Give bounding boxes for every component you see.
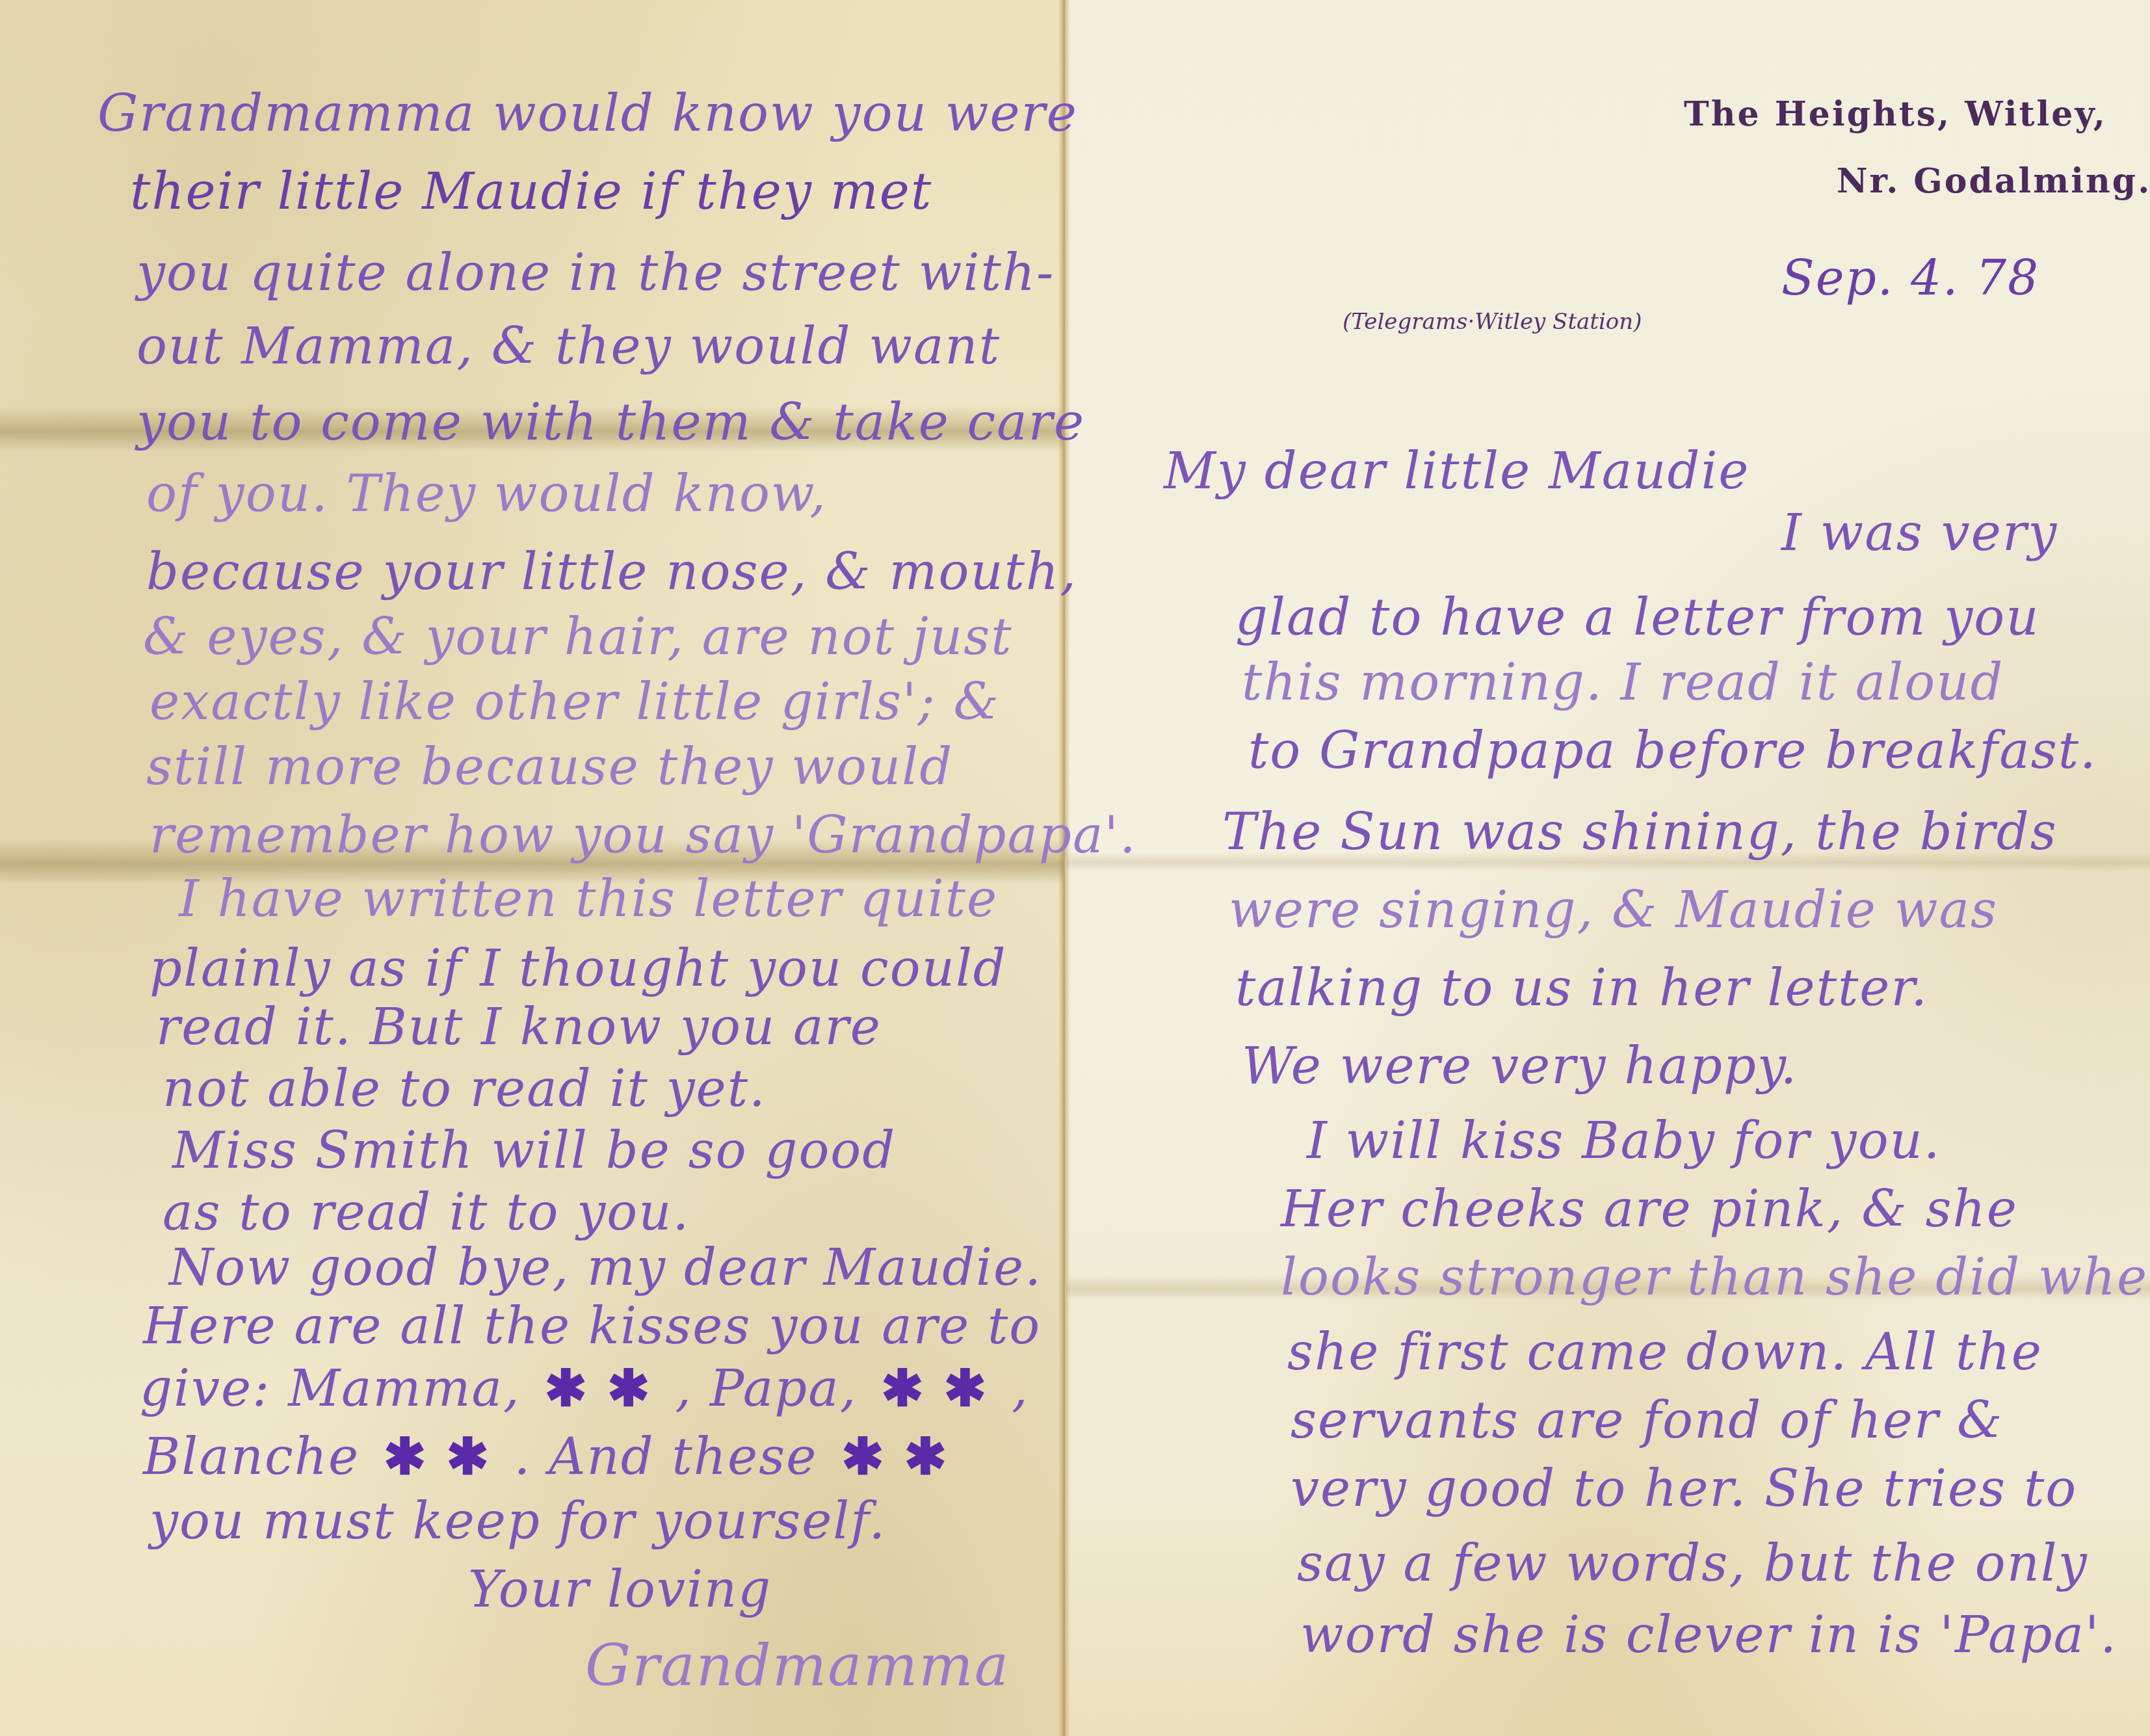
letterhead-address-line-2: Nr. Godalming.	[1837, 161, 2150, 201]
letter-line: she first came down. All the	[1287, 1323, 2043, 1382]
blanche-line: Blanche ✱ ✱ . And these ✱ ✱	[143, 1427, 954, 1486]
kiss-marks-icon: ✱ ✱	[545, 1359, 651, 1418]
letter-line: not able to read it yet.	[163, 1060, 767, 1118]
letter-line: & eyes, & your hair, are not just	[143, 608, 1013, 666]
letter-line: The Sun was shining, the birds	[1222, 803, 2058, 861]
kiss-marks-icon: ✱ ✱	[384, 1427, 490, 1486]
letter-line: Miss Smith will be so good	[172, 1122, 896, 1180]
letter-line: Grandmamma would know you were	[98, 85, 1078, 143]
kiss-marks-icon: ✱ ✱	[841, 1427, 948, 1486]
kiss-marks-icon: ✱ ✱	[881, 1359, 988, 1418]
letter-line: glad to have a letter from you	[1235, 588, 2039, 647]
blanche-label: Blanche	[143, 1428, 360, 1486]
letter-line: say a few words, but the only	[1297, 1534, 2088, 1593]
letter-line: I have written this letter quite	[179, 870, 998, 928]
letter-line: you to come with them & take care	[137, 393, 1085, 452]
blanche-middle: . And these	[514, 1428, 818, 1486]
letter-line: to Grandpapa before breakfast.	[1248, 722, 2097, 780]
letter-line: very good to her. She tries to	[1291, 1460, 2077, 1518]
kisses-line: give: Mamma, ✱ ✱ , Papa, ✱ ✱ ,	[140, 1359, 1029, 1418]
letter-line: still more because they would	[146, 738, 953, 796]
letter-line: read it. But I know you are	[156, 998, 882, 1057]
letter-line: Here are all the kisses you are to	[143, 1297, 1041, 1356]
letter-line: looks stronger than she did when	[1281, 1248, 2150, 1307]
letter-date: Sep. 4. 78	[1781, 250, 2039, 306]
letter-line: this morning. I read it aloud	[1242, 653, 2004, 712]
letter-line: remember how you say 'Grandpapa'.	[150, 806, 1137, 865]
letter-line: exactly like other little girls'; &	[150, 673, 1000, 731]
letter-line: We were very happy.	[1242, 1037, 1798, 1096]
letter-line: talking to us in her letter.	[1235, 959, 1928, 1018]
letter-line: servants are fond of her &	[1291, 1391, 2004, 1450]
letter-line: were singing, & Maudie was	[1229, 881, 1998, 940]
letter-line: plainly as if I thought you could	[150, 940, 1007, 998]
telegram-address: (Telegrams·Witley Station)	[1343, 309, 1642, 335]
valediction: Your loving	[468, 1560, 772, 1619]
kisses-prefix: give: Mamma,	[140, 1360, 521, 1418]
salutation: My dear little Maudie	[1164, 442, 1750, 501]
letter-line: word she is clever in is 'Papa'.	[1300, 1606, 2117, 1664]
letterhead-address-line-1: The Heights, Witley,	[1684, 94, 2107, 134]
letter-line: you quite alone in the street with-	[137, 244, 1055, 302]
letter-line: I will kiss Baby for you.	[1307, 1112, 1941, 1170]
signature: Grandmamma	[585, 1632, 1010, 1699]
letter-line: as to read it to you.	[163, 1183, 690, 1242]
closing-line: you must keep for yourself.	[150, 1492, 886, 1551]
letter-line: because your little nose, & mouth,	[146, 543, 1077, 601]
letter-line: out Mamma, & they would want	[137, 317, 1001, 376]
letter-line: Now good bye, my dear Maudie.	[169, 1239, 1042, 1297]
letter-line: Her cheeks are pink, & she	[1281, 1180, 2018, 1239]
letter-line: I was very	[1781, 504, 2058, 562]
letter-line: their little Maudie if they met	[130, 163, 932, 221]
kisses-suffix: ,	[1012, 1360, 1029, 1418]
kisses-papa-label: , Papa,	[675, 1360, 857, 1418]
letter-line: of you. They would know,	[146, 465, 827, 523]
